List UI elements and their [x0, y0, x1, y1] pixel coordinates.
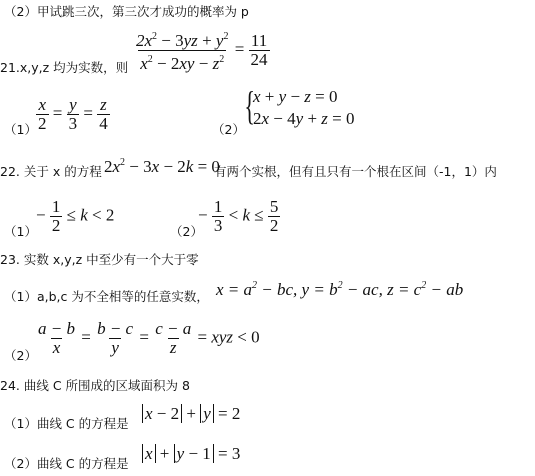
q22-part1-label: （1）	[4, 222, 37, 240]
q21-part1-expr: x2 = y3 = z4	[36, 96, 110, 133]
system-line-2: 2x − 4y + z = 0	[253, 108, 355, 130]
q23-part2-expr: a − bx = b − cy = c − az = xyz < 0	[36, 320, 260, 357]
system-line-1: x + y − z = 0	[253, 86, 355, 108]
q21-system-lines: x + y − z = 0 2x − 4y + z = 0	[253, 86, 355, 130]
q24-part1-expr: x − 2 + y = 2	[142, 404, 240, 424]
q23-part1-expr: x = a2 − bc, y = b2 − ac, z = c2 − ab	[216, 280, 463, 300]
q21-main-equation: 2x2 − 3yz + y2 x2 − 2xy − z2 = 11 24	[134, 28, 270, 73]
q23-part2-label: （2）	[4, 346, 37, 364]
q22-part2-expr: − 13 < k ≤ 52	[198, 198, 280, 235]
q24-title: 24. 曲线 C 所围成的区域面积为 8	[0, 376, 190, 394]
q24-part2-label: （2）曲线 C 的方程是	[4, 454, 129, 472]
q23-title: 23. 实数 x,y,z 中至少有一个大于零	[0, 250, 199, 268]
q20-part2-text: （2）甲试跳三次，第三次才成功的概率为 p	[4, 2, 249, 20]
q22-suffix: 有两个实根，但有且只有一个根在区间（-1，1）内	[214, 162, 497, 180]
q21-equals: =	[235, 39, 245, 58]
q22-equation: 2x2 − 3x − 2k = 0	[104, 157, 220, 177]
q21-rhs-fraction: 11 24	[249, 32, 270, 69]
q22-part1-expr: − 12 ≤ k < 2	[36, 198, 114, 235]
q24-part2-expr: x + y − 1 = 3	[142, 444, 240, 464]
q23-part1-label: （1）a,b,c 为不全相等的任意实数，	[4, 287, 209, 305]
q22-prefix: 22. 关于 x 的方程	[0, 162, 102, 180]
q21-part1-label: （1）	[4, 120, 37, 138]
q24-part1-label: （1）曲线 C 的方程是	[4, 414, 129, 432]
q21-lhs-fraction: 2x2 − 3yz + y2 x2 − 2xy − z2	[134, 28, 230, 73]
q21-prefix: 21.x,y,z 均为实数，则	[0, 58, 128, 76]
